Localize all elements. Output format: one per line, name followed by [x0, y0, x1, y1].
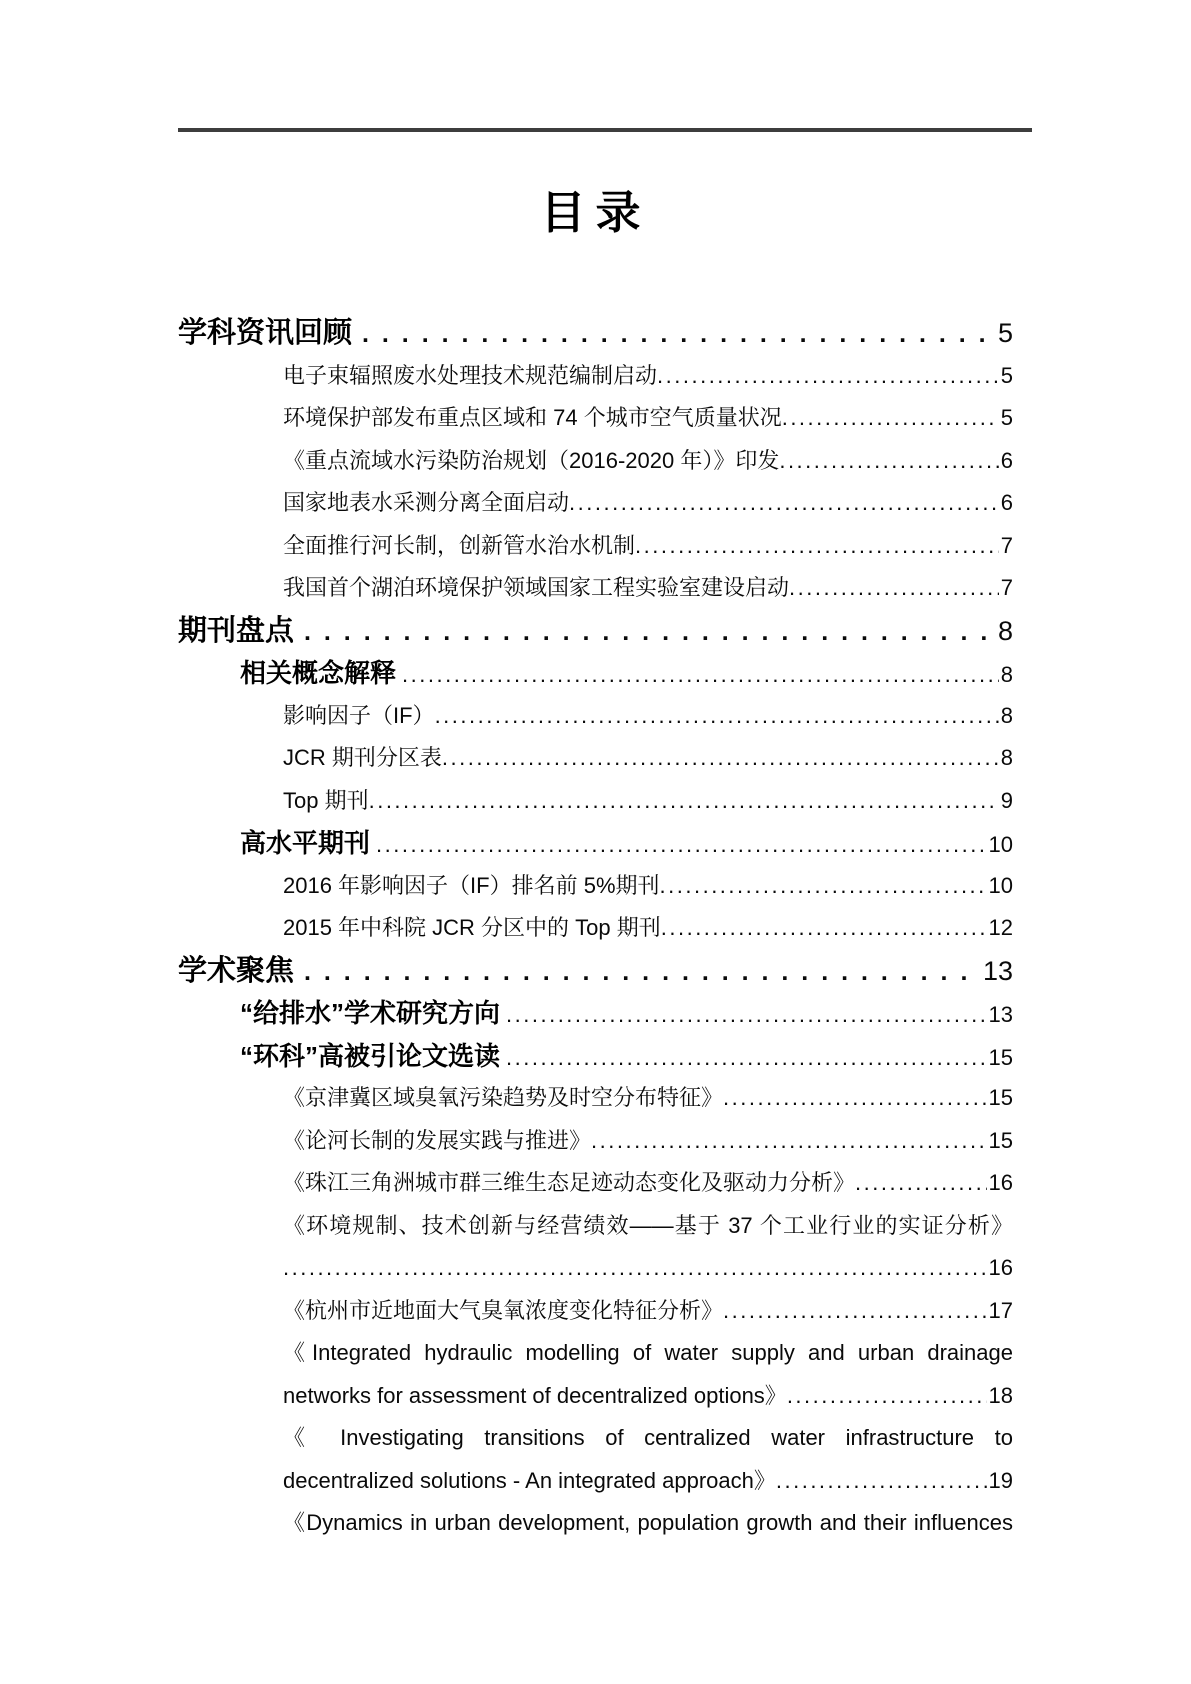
toc-entry-text: decentralized solutions - An integrated …	[283, 1460, 776, 1503]
toc-row[interactable]: 我国首个湖泊环境保护领域国家工程实验室建设启动 7	[178, 567, 1013, 610]
toc-page-number: 12	[987, 907, 1013, 950]
toc-row[interactable]: networks for assessment of decentralized…	[178, 1375, 1013, 1418]
toc-entry-text: 学术聚焦	[178, 950, 294, 993]
toc-row[interactable]: JCR 期刊分区表 8	[178, 737, 1013, 780]
dot-leader	[376, 824, 987, 865]
dot-leader	[657, 355, 999, 398]
toc-entry-text: 《环境规制、技术创新与经营绩效——基于 37 个工业行业的实证分析》	[283, 1213, 1013, 1238]
dot-leader	[635, 525, 999, 568]
toc-row[interactable]: 《Integrated hydraulic modelling of water…	[178, 1332, 1013, 1375]
toc-entry-text: Top 期刊	[283, 780, 369, 823]
toc-row[interactable]: Top 期刊 9	[178, 780, 1013, 823]
toc-row[interactable]: 《论河长制的发展实践与推进》 15	[178, 1120, 1013, 1163]
toc-entry-text: “给排水”学术研究方向	[240, 992, 500, 1035]
dot-leader	[369, 780, 999, 823]
toc-page-number: 6	[999, 440, 1013, 483]
toc-entry-text: networks for assessment of decentralized…	[283, 1375, 787, 1418]
dot-leader	[435, 695, 999, 738]
dot-leader	[779, 440, 998, 483]
toc-page-number: 13	[981, 950, 1013, 993]
toc-row[interactable]: 高水平期刊 10	[178, 822, 1013, 865]
toc-row[interactable]: 影响因子（IF） 8	[178, 695, 1013, 738]
toc-page-number: 13	[987, 994, 1013, 1035]
toc-entry-text: 《杭州市近地面大气臭氧浓度变化特征分析》	[283, 1290, 723, 1333]
toc-page-number: 17	[987, 1290, 1013, 1333]
toc-row[interactable]: 2016 年影响因子（IF）排名前 5%期刊 10	[178, 865, 1013, 908]
dot-leader	[661, 907, 987, 950]
toc-row[interactable]: 《杭州市近地面大气臭氧浓度变化特征分析》 17	[178, 1290, 1013, 1333]
dot-leader	[283, 1247, 987, 1290]
toc-page-number: 8	[999, 737, 1013, 780]
toc-entry-text: 影响因子（IF）	[283, 695, 435, 738]
toc-entry-text: 《论河长制的发展实践与推进》	[283, 1120, 591, 1163]
toc-page-number: 18	[987, 1375, 1013, 1418]
toc-page-number: 7	[999, 525, 1013, 568]
toc-row[interactable]: 学科资讯回顾 5	[178, 312, 1013, 355]
toc-entry-text: 《Integrated hydraulic modelling of water…	[283, 1340, 1013, 1365]
toc-row[interactable]: 《京津冀区域臭氧污染趋势及时空分布特征》 15	[178, 1077, 1013, 1120]
toc-row[interactable]: 相关概念解释 8	[178, 652, 1013, 695]
toc-entry-text: 2015 年中科院 JCR 分区中的 Top 期刊	[283, 907, 661, 950]
toc-page-number: 5	[996, 312, 1013, 355]
toc-page-number: 15	[987, 1077, 1013, 1120]
dot-leader	[442, 737, 999, 780]
table-of-contents: 学科资讯回顾 5 电子束辐照废水处理技术规范编制启动 5 环境保护部发布重点区域…	[178, 312, 1013, 1545]
toc-page-number: 8	[999, 654, 1013, 695]
dot-leader	[723, 1290, 987, 1333]
toc-row[interactable]: 《Dynamics in urban development, populati…	[178, 1502, 1013, 1545]
toc-entry-text: 相关概念解释	[240, 652, 396, 695]
toc-entry-text: 环境保护部发布重点区域和 74 个城市空气质量状况	[283, 397, 782, 440]
toc-row[interactable]: “环科”高被引论文选读 15	[178, 1035, 1013, 1078]
toc-row[interactable]: 《环境规制、技术创新与经营绩效——基于 37 个工业行业的实证分析》	[178, 1205, 1013, 1248]
toc-row[interactable]: decentralized solutions - An integrated …	[178, 1460, 1013, 1503]
toc-entry-text: 期刊盘点	[178, 610, 294, 653]
toc-entry-text: 2016 年影响因子（IF）排名前 5%期刊	[283, 865, 660, 908]
toc-row[interactable]: 《 Investigating transitions of centraliz…	[178, 1417, 1013, 1460]
dot-leader	[787, 1375, 987, 1418]
document-page: { "doc_title": "目录", "colors": { "text":…	[0, 0, 1191, 1684]
toc-page-number: 8	[999, 695, 1013, 738]
toc-page-number: 5	[999, 397, 1013, 440]
dot-leader	[304, 611, 996, 653]
dot-leader	[402, 654, 999, 695]
toc-entry-text: 《 Investigating transitions of centraliz…	[283, 1425, 1013, 1450]
toc-row[interactable]: 16	[178, 1247, 1013, 1290]
toc-row[interactable]: 《重点流域水污染防治规划（2016-2020 年）》印发 6	[178, 440, 1013, 483]
page-title: 目录	[178, 188, 1013, 238]
dot-leader	[789, 567, 999, 610]
dot-leader	[506, 994, 987, 1035]
toc-row[interactable]: 《珠江三角洲城市群三维生态足迹动态变化及驱动力分析》 16	[178, 1162, 1013, 1205]
dot-leader	[362, 313, 996, 355]
toc-row[interactable]: 电子束辐照废水处理技术规范编制启动 5	[178, 355, 1013, 398]
toc-entry-text: 高水平期刊	[240, 822, 370, 865]
toc-entry-text: 我国首个湖泊环境保护领域国家工程实验室建设启动	[283, 567, 789, 610]
toc-page-number: 15	[987, 1120, 1013, 1163]
toc-entry-text: 《京津冀区域臭氧污染趋势及时空分布特征》	[283, 1077, 723, 1120]
toc-page-number: 19	[987, 1460, 1013, 1503]
toc-page-number: 15	[987, 1037, 1013, 1078]
toc-row[interactable]: “给排水”学术研究方向 13	[178, 992, 1013, 1035]
toc-entry-text: JCR 期刊分区表	[283, 737, 442, 780]
header-rule	[178, 128, 1032, 132]
toc-entry-text: 学科资讯回顾	[178, 312, 352, 355]
toc-page-number: 9	[999, 780, 1013, 823]
toc-row[interactable]: 2015 年中科院 JCR 分区中的 Top 期刊 12	[178, 907, 1013, 950]
toc-page-number: 16	[987, 1162, 1013, 1205]
toc-entry-text: 《重点流域水污染防治规划（2016-2020 年）》印发	[283, 440, 779, 483]
toc-page-number: 8	[996, 610, 1013, 653]
toc-entry-text: “环科”高被引论文选读	[240, 1035, 500, 1078]
toc-page-number: 5	[999, 355, 1013, 398]
dot-leader	[776, 1460, 987, 1503]
toc-entry-text: 电子束辐照废水处理技术规范编制启动	[283, 355, 657, 398]
dot-leader	[506, 1037, 987, 1078]
dot-leader	[855, 1162, 987, 1205]
dot-leader	[782, 397, 999, 440]
toc-page-number: 7	[999, 567, 1013, 610]
dot-leader	[723, 1077, 987, 1120]
toc-row[interactable]: 期刊盘点 8	[178, 610, 1013, 653]
toc-page-number: 6	[999, 482, 1013, 525]
dot-leader	[591, 1120, 987, 1163]
toc-entry-text: 全面推行河长制，创新管水治水机制	[283, 525, 635, 568]
toc-entry-text: 《Dynamics in urban development, populati…	[283, 1510, 1013, 1535]
dot-leader	[304, 951, 981, 993]
toc-entry-text: 国家地表水采测分离全面启动	[283, 482, 569, 525]
toc-page-number: 10	[987, 824, 1013, 865]
dot-leader	[569, 482, 999, 525]
toc-row[interactable]: 环境保护部发布重点区域和 74 个城市空气质量状况 5	[178, 397, 1013, 440]
toc-entry-text: 《珠江三角洲城市群三维生态足迹动态变化及驱动力分析》	[283, 1162, 855, 1205]
toc-row[interactable]: 全面推行河长制，创新管水治水机制 7	[178, 525, 1013, 568]
toc-page-number: 10	[987, 865, 1013, 908]
dot-leader	[660, 865, 987, 908]
toc-row[interactable]: 学术聚焦 13	[178, 950, 1013, 993]
toc-page-number: 16	[987, 1247, 1013, 1290]
toc-row[interactable]: 国家地表水采测分离全面启动 6	[178, 482, 1013, 525]
